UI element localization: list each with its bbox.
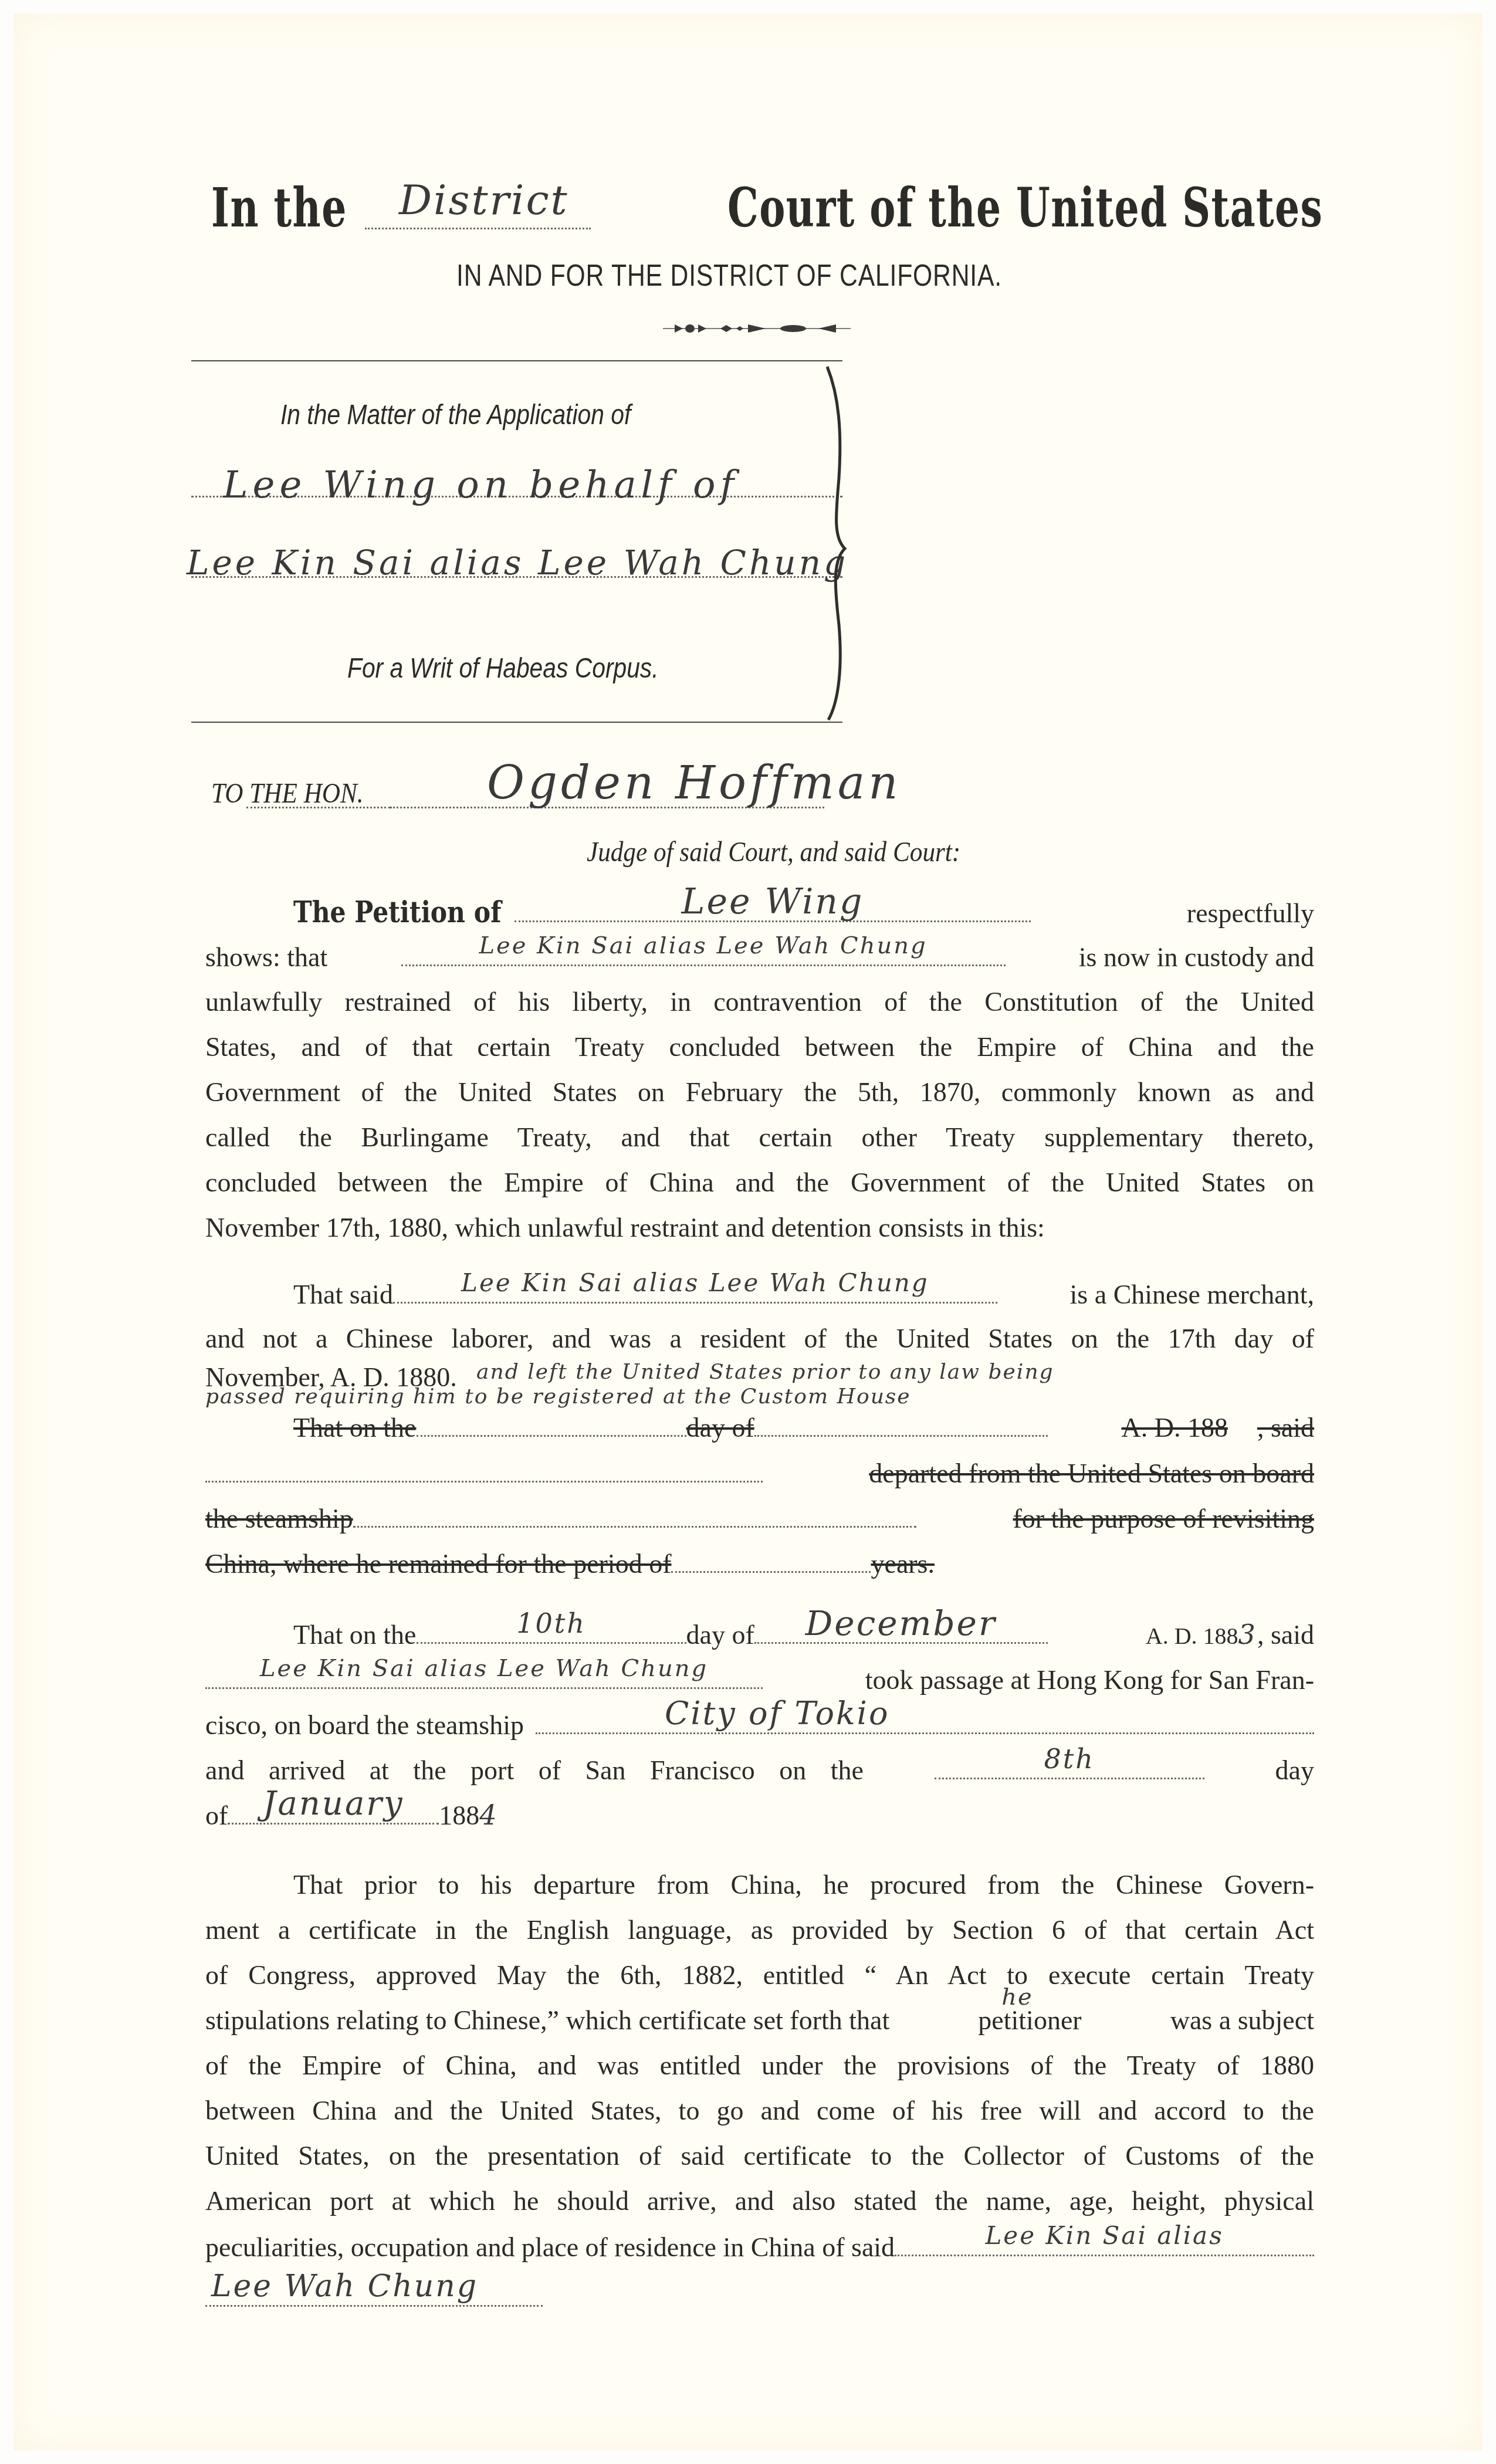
caption-bottom-rule [191, 722, 842, 723]
passage-text: day of [686, 1617, 754, 1653]
certificate-person-handwritten-2: Lee Wah Chung [205, 2269, 543, 2304]
passage-ad-text: A. D. 188 [1146, 1619, 1238, 1654]
passage-text: took passage at Hong Kong for San Fran- [865, 1663, 1314, 1698]
respectfully-text: respectfully [1187, 896, 1314, 931]
certificate-line-2: ment a certificate in the English langua… [205, 1913, 1314, 1948]
petition-line-4: Government of the United States on Febru… [205, 1075, 1314, 1110]
certificate-line-3: of Congress, approved May the 6th, 1882,… [205, 1958, 1314, 1993]
certificate-line-10: Lee Wah Chung [205, 2279, 1314, 2307]
passage-text: and arrived at the port of San Francisco… [205, 1753, 864, 1788]
certificate-line-8: American port at which he should arrive,… [205, 2184, 1314, 2219]
petition-line-0: The Petition of Lee Wing respectfully [205, 895, 1314, 931]
arrival-day-handwritten: 8th [935, 1741, 1204, 1776]
custody-person-handwritten: Lee Kin Sai alias Lee Wah Chung [401, 928, 1006, 963]
merchant-person-blank: Lee Kin Sai alias Lee Wah Chung [393, 1276, 997, 1304]
passage-person-blank: Lee Kin Sai alias Lee Wah Chung [205, 1661, 763, 1689]
struck-text: for the purpose of revisiting [1013, 1501, 1314, 1536]
petition-line-5: called the Burlingame Treaty, and that c… [205, 1120, 1314, 1155]
struck-text: That on the [293, 1410, 417, 1446]
struck-line-2: departed from the United States on board [205, 1455, 1314, 1491]
merchant-line-1: That said Lee Kin Sai alias Lee Wah Chun… [205, 1276, 1314, 1312]
struck-line-3: the steamship for the purpose of revisit… [205, 1500, 1314, 1536]
certificate-text-line: of the Empire of China, and was entitled… [205, 2048, 1314, 2083]
passage-text: cisco, on board the steamship [205, 1708, 524, 1743]
arrival-month-blank: January [228, 1797, 439, 1825]
caption-subject-handwritten: Lee Kin Sai alias Lee Wah Chung [187, 543, 848, 583]
petition-line-1: shows: that Lee Kin Sai alias Lee Wah Ch… [205, 939, 1314, 975]
certificate-line-7: United States, on the presentation of sa… [205, 2138, 1314, 2174]
judge-name-handwritten: Ogden Hoffman [487, 757, 901, 810]
petition-text-line: November 17th, 1880, which unlawful rest… [205, 1210, 1045, 1245]
certificate-text: peculiarities, occupation and place of r… [205, 2230, 895, 2265]
judge-blank-left [246, 807, 390, 808]
petitioner-blank: Lee Wing [515, 895, 1031, 922]
struck-line-4: China, where he remained for the period … [205, 1545, 1314, 1582]
petition-label: The Petition of [293, 895, 501, 930]
passage-text: day [1275, 1753, 1314, 1788]
header-court-title: Court of the United States [727, 176, 1323, 239]
arrival-month-handwritten: January [228, 1786, 439, 1822]
header-subtitle: IN AND FOR THE DISTRICT OF CALIFORNIA. [456, 258, 1002, 293]
struck-text: China, where he remained for the period … [205, 1546, 671, 1582]
certificate-text-line: ment a certificate in the English langua… [205, 1913, 1314, 1948]
merchant-insert-handwritten-2: passed requiring him to be registered at… [205, 1385, 911, 1409]
brace-bracket [821, 361, 857, 725]
petition-line-2: unlawfully restrained of his liberty, in… [205, 984, 1314, 1020]
court-type-handwritten: District [399, 176, 569, 224]
struck-day-blank [417, 1409, 686, 1437]
passage-day-handwritten: 10th [417, 1606, 686, 1641]
struck-month-blank [754, 1409, 1048, 1437]
struck-text: departed from the United States on board [869, 1456, 1314, 1491]
arrival-year-text: 188 [439, 1798, 479, 1833]
struck-petitioner: petitionerhe [978, 2003, 1081, 2038]
struck-text: A. D. 188 [1121, 1410, 1227, 1446]
merchant-text-line: and not a Chinese laborer, and was a res… [205, 1321, 1314, 1356]
merchant-insert-handwritten-1: and left the United States prior to any … [476, 1360, 1054, 1384]
certificate-person-blank-2: Lee Wah Chung [205, 2279, 543, 2307]
struck-years-blank [671, 1545, 871, 1573]
certificate-line-1: That prior to his departure from China, … [205, 1867, 1314, 1903]
merchant-line-2: and not a Chinese laborer, and was a res… [205, 1321, 1314, 1356]
certificate-text: stipulations relating to Chinese,” which… [205, 2003, 889, 2038]
certificate-text-line: That prior to his departure from China, … [293, 1867, 1314, 1903]
struck-name-blank [205, 1455, 763, 1483]
petition-line-6: concluded between the Empire of China an… [205, 1165, 1314, 1200]
certificate-line-6: between China and the United States, to … [205, 2093, 1314, 2128]
certificate-text: was a subject [1170, 2003, 1314, 2038]
caption-line-4: For a Writ of Habeas Corpus. [347, 652, 659, 685]
passage-text: That on the [293, 1617, 417, 1653]
caption-line-1: In the Matter of the Application of [280, 399, 631, 431]
custody-person-blank: Lee Kin Sai alias Lee Wah Chung [401, 939, 1006, 966]
ornament-divider [663, 321, 851, 336]
certificate-line-5: of the Empire of China, and was entitled… [205, 2048, 1314, 2083]
passage-line-1: That on the 10th day of December A. D. 1… [205, 1616, 1314, 1654]
merchant-person-handwritten: Lee Kin Sai alias Lee Wah Chung [393, 1265, 997, 1301]
passage-line-4: and arrived at the port of San Francisco… [205, 1752, 1314, 1788]
passage-day-blank: 10th [417, 1616, 686, 1644]
custody-text: is now in custody and [1079, 940, 1314, 975]
struck-text: day of [686, 1410, 754, 1446]
petition-text-line: called the Burlingame Treaty, and that c… [205, 1120, 1314, 1155]
certificate-person-handwritten-1: Lee Kin Sai alias [895, 2218, 1314, 2253]
steamship-handwritten: City of Tokio [536, 1696, 1314, 1731]
petition-text-line: concluded between the Empire of China an… [205, 1165, 1314, 1200]
caption-top-rule [191, 360, 842, 361]
passage-line-2: Lee Kin Sai alias Lee Wah Chung took pas… [205, 1661, 1314, 1698]
arrival-year-digit-handwritten: 4 [479, 1798, 498, 1833]
petition-line-3: States, and of that certain Treaty concl… [205, 1030, 1314, 1065]
passage-line-3: cisco, on board the steamship City of To… [205, 1707, 1314, 1743]
certificate-text-line: of Congress, approved May the 6th, 1882,… [205, 1958, 1314, 1993]
passage-line-5: of January 1884 [205, 1797, 1314, 1833]
certificate-text-line: between China and the United States, to … [205, 2093, 1314, 2128]
struck-text: , said [1257, 1410, 1314, 1446]
struck-steamship-blank [353, 1500, 916, 1528]
certificate-person-blank: Lee Kin Sai alias [895, 2229, 1314, 2256]
struck-line-1: That on the day of A. D. 188 , said [205, 1409, 1314, 1446]
caption-applicant-handwritten: Lee Wing on behalf of [223, 463, 739, 507]
certificate-text-line: American port at which he should arrive,… [205, 2184, 1314, 2219]
passage-month-handwritten: December [754, 1606, 1048, 1641]
arrival-day-blank: 8th [935, 1752, 1204, 1779]
header-prefix: In the [211, 176, 347, 239]
correction-he-handwritten: he [1001, 1979, 1033, 2015]
passage-year-digit-handwritten: 3 [1238, 1617, 1257, 1652]
petition-line-7: November 17th, 1880, which unlawful rest… [205, 1210, 1314, 1245]
passage-text: of [205, 1798, 228, 1833]
petitioner-handwritten: Lee Wing [515, 884, 1031, 919]
judge-title: Judge of said Court, and said Court: [587, 836, 960, 868]
petition-text-line: States, and of that certain Treaty concl… [205, 1030, 1314, 1065]
that-said-text: That said [293, 1277, 393, 1312]
certificate-text-line: United States, on the presentation of sa… [205, 2138, 1314, 2174]
passage-month-blank: December [754, 1616, 1048, 1644]
court-type-blank [365, 228, 591, 229]
passage-person-handwritten: Lee Kin Sai alias Lee Wah Chung [205, 1651, 763, 1686]
petition-text-line: unlawfully restrained of his liberty, in… [205, 984, 1314, 1020]
certificate-line-4: stipulations relating to Chinese,” which… [205, 2003, 1314, 2038]
to-the-hon-label: TO THE HON. [211, 777, 364, 810]
shows-that-text: shows: that [205, 940, 327, 975]
certificate-line-9: peculiarities, occupation and place of r… [205, 2229, 1314, 2265]
petition-text-line: Government of the United States on Febru… [205, 1075, 1314, 1110]
struck-text: years. [871, 1546, 935, 1582]
merchant-text: is a Chinese merchant, [1070, 1277, 1314, 1312]
struck-text: the steamship [205, 1501, 353, 1536]
passage-text: , said [1257, 1617, 1314, 1653]
steamship-blank: City of Tokio [536, 1707, 1314, 1734]
